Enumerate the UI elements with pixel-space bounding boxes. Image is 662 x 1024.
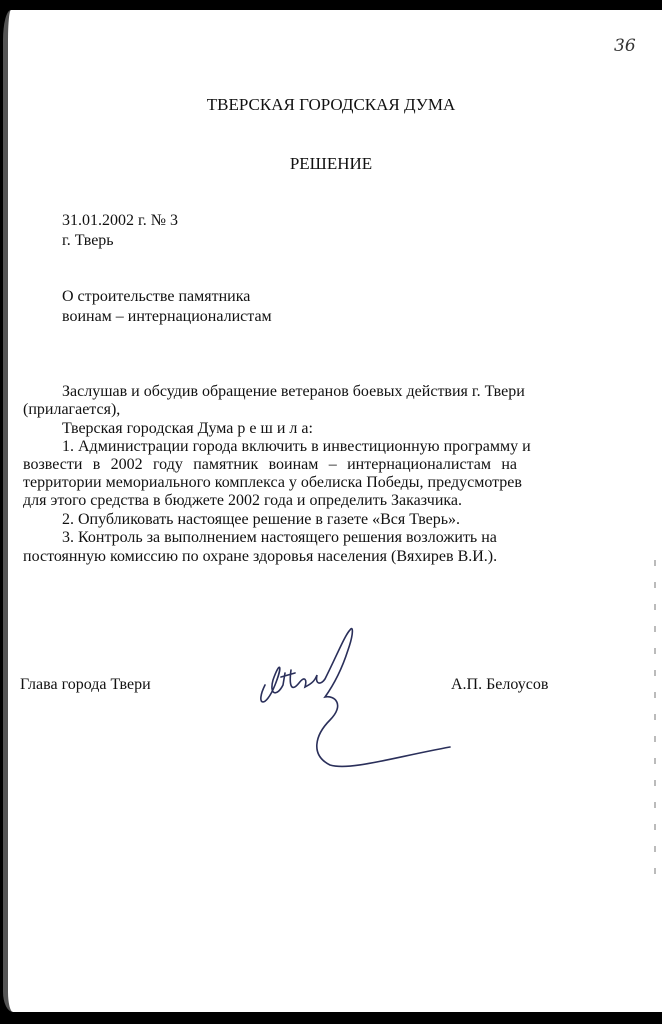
subject-line-2: воинам – интернационалистам xyxy=(62,308,272,326)
body-line-3: Тверская городская Дума р е ш и л а: xyxy=(62,420,313,438)
subject-line-1: О строительстве памятника xyxy=(62,288,250,306)
body-line-10: постоянную комиссию по охране здоровья н… xyxy=(23,548,497,566)
city: г. Тверь xyxy=(62,232,114,250)
body-line-1: Заслушав и обсудив обращение ветеранов б… xyxy=(62,383,525,401)
body-line-9: 3. Контроль за выполнением настоящего ре… xyxy=(62,529,497,547)
date-number: 31.01.2002 г. № 3 xyxy=(62,212,178,230)
signatory-title: Глава города Твери xyxy=(20,676,151,694)
page-number: 36 xyxy=(614,36,636,56)
scan-edge-marks xyxy=(654,560,656,880)
body-line-4: 1. Администрации города включить в инвес… xyxy=(62,438,531,456)
signatory-name: А.П. Белоусов xyxy=(451,676,548,694)
body-line-7: для этого средства в бюджете 2002 года и… xyxy=(23,492,462,510)
signature-icon xyxy=(255,625,455,775)
document-type: РЕШЕНИЕ xyxy=(0,155,662,173)
body-line-6: территории мемориального комплекса у обе… xyxy=(23,474,522,492)
body-line-2: (прилагается), xyxy=(23,401,120,419)
body-line-5: возвести в 2002 году памятник воинам – и… xyxy=(23,456,517,474)
organization-title: ТВЕРСКАЯ ГОРОДСКАЯ ДУМА xyxy=(0,96,662,114)
body-line-8: 2. Опубликовать настоящее решение в газе… xyxy=(62,511,460,529)
